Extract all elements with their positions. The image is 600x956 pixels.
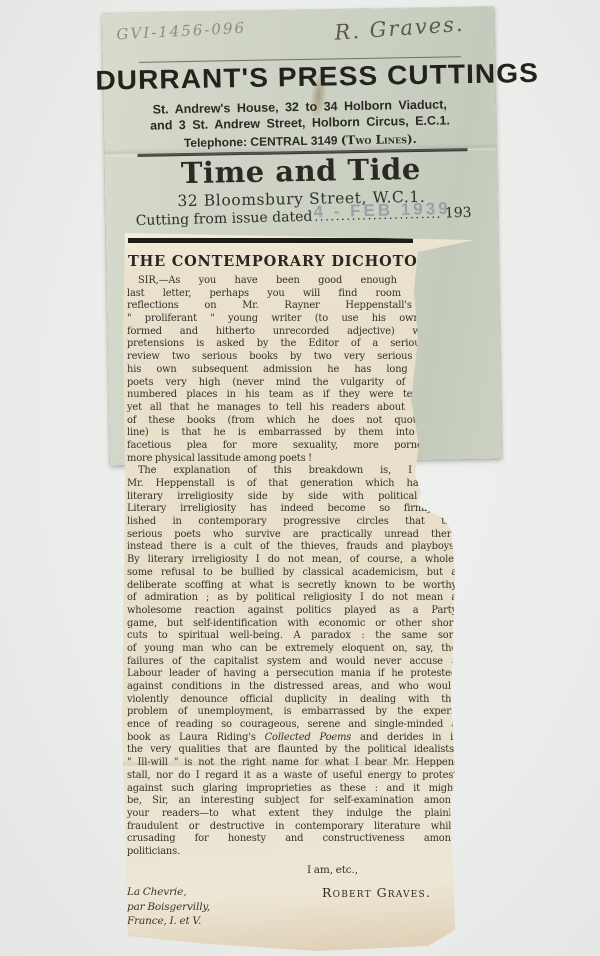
text-line: crusading for honesty and constructivene… bbox=[127, 833, 457, 846]
author-signature: Robert Graves. bbox=[322, 885, 457, 929]
telephone-lines-note: (Two Lines). bbox=[341, 132, 417, 147]
text-line: your readers—to what extent they indulge… bbox=[127, 808, 457, 821]
text-line: of these books (from which he does not q… bbox=[127, 415, 457, 428]
letter-closing: I am, etc., bbox=[127, 864, 457, 877]
text-line: Literary irreligiosity has indeed become… bbox=[127, 503, 457, 516]
text-line: formed and hitherto unrecorded adjective… bbox=[127, 326, 457, 339]
text-line: La Chevrie, bbox=[127, 885, 210, 900]
text-line: of young man who can be extremely eloque… bbox=[127, 643, 457, 656]
text-line: review two serious books by two very ser… bbox=[127, 351, 457, 364]
text-line: " Ill-will " is not the right name for w… bbox=[127, 757, 457, 770]
text-line: ence of reading so courageous, serene an… bbox=[127, 719, 457, 732]
text-line: his own subsequent admission he has long… bbox=[127, 364, 457, 377]
text-line: reflections on Mr. Rayner Heppenstall's … bbox=[127, 300, 457, 313]
text-line: instead there is a cult of the thieves, … bbox=[127, 541, 457, 554]
text-line: stall, nor do I regard it as a waste of … bbox=[127, 770, 457, 783]
text-line: facetious plea for more sexuality, more … bbox=[127, 440, 457, 453]
paragraph-1: SIR,—As you have been good enough to pri… bbox=[127, 275, 457, 465]
paragraph-2: The explanation of this breakdown is, I … bbox=[127, 465, 457, 858]
text-line: numbered places in his team as if they w… bbox=[127, 389, 457, 402]
text-line: more physical lassitude among poets ! bbox=[127, 453, 457, 466]
text-line: the very qualities that are flaunted by … bbox=[127, 744, 457, 757]
publication-title: Time and Tide bbox=[105, 151, 498, 192]
signature-row: La Chevrie,par Boisgervilly,France, I. e… bbox=[127, 885, 457, 929]
agency-name: DURRANT'S PRESS CUTTINGS bbox=[95, 58, 503, 96]
text-line: wholesome reaction against politics play… bbox=[127, 605, 457, 618]
text-line: against such glaring improprieties as th… bbox=[127, 783, 457, 796]
text-line: fraudulent or destructive in contemporar… bbox=[127, 821, 457, 834]
text-line: par Boisgervilly, bbox=[127, 900, 210, 915]
agency-telephone: Telephone: CENTRAL 3149 (Two Lines). bbox=[104, 131, 496, 152]
printed-top-rule bbox=[128, 238, 413, 243]
text-line: be, Sir, an interesting subject for self… bbox=[127, 795, 457, 808]
text-line: against conditions in the distressed are… bbox=[127, 681, 457, 694]
telephone-number: Telephone: CENTRAL 3149 bbox=[184, 133, 341, 150]
text-line: violently denounce official duplicity in… bbox=[127, 694, 457, 707]
cutting-date-label: Cutting from issue dated bbox=[136, 209, 313, 229]
text-line: lished in contemporary progressive circl… bbox=[127, 516, 457, 529]
text-line: pretensions is asked by the Editor of a … bbox=[127, 338, 457, 351]
text-line: yet all that he manages to tell his read… bbox=[127, 402, 457, 415]
text-line: " proliferant " young writer (to use his… bbox=[127, 313, 457, 326]
text-line: problem of unemployment, is embarrassed … bbox=[127, 706, 457, 719]
text-line: serious poets who survive are practicall… bbox=[127, 529, 457, 542]
text-line: of admiration ; as by political religios… bbox=[127, 592, 457, 605]
text-line: poets very high (never mind the vulgarit… bbox=[127, 377, 457, 390]
sender-address: La Chevrie,par Boisgervilly,France, I. e… bbox=[127, 885, 210, 929]
text-line: failures of the capitalist system and wo… bbox=[127, 656, 457, 669]
text-line: France, I. et V. bbox=[127, 914, 210, 929]
date-stamp: 4 - FEB 1939 bbox=[313, 199, 451, 223]
text-line: game, but self-identification with econo… bbox=[127, 618, 457, 631]
text-line: SIR,—As you have been good enough to pri bbox=[127, 275, 457, 288]
text-line: some refusal to be bullied by classical … bbox=[127, 567, 457, 580]
text-line: By literary irreligiosity I do not mean,… bbox=[127, 554, 457, 567]
text-line: politicians. bbox=[127, 846, 457, 859]
text-line: book as Laura Riding's Collected Poems a… bbox=[127, 732, 457, 745]
text-line: line) is that he is embarrassed by them … bbox=[127, 427, 457, 440]
pencil-reference-number: GVI-1456-096 bbox=[116, 19, 246, 44]
text-line: deliberate scoffing at what is secretly … bbox=[127, 580, 457, 593]
letter-body: SIR,—As you have been good enough to pri… bbox=[127, 275, 457, 929]
text-line: cuts to spiritual well-being. A paradox … bbox=[127, 630, 457, 643]
text-line: last letter, perhaps you will find room … bbox=[127, 288, 457, 301]
letter-title: THE CONTEMPORARY DICHOTOMY bbox=[128, 253, 420, 270]
text-line: Labour leader of having a persecution ma… bbox=[127, 668, 457, 681]
scan-background: GVI-1456-096 R. Graves. DURRANT'S PRESS … bbox=[0, 0, 600, 956]
handwritten-author-name: R. Graves. bbox=[333, 12, 465, 45]
text-line: Mr. Heppenstall is of that generation wh… bbox=[127, 478, 457, 491]
text-line: The explanation of this breakdown is, I … bbox=[127, 465, 457, 478]
text-line: literary irreligiosity side by side with… bbox=[127, 491, 457, 504]
